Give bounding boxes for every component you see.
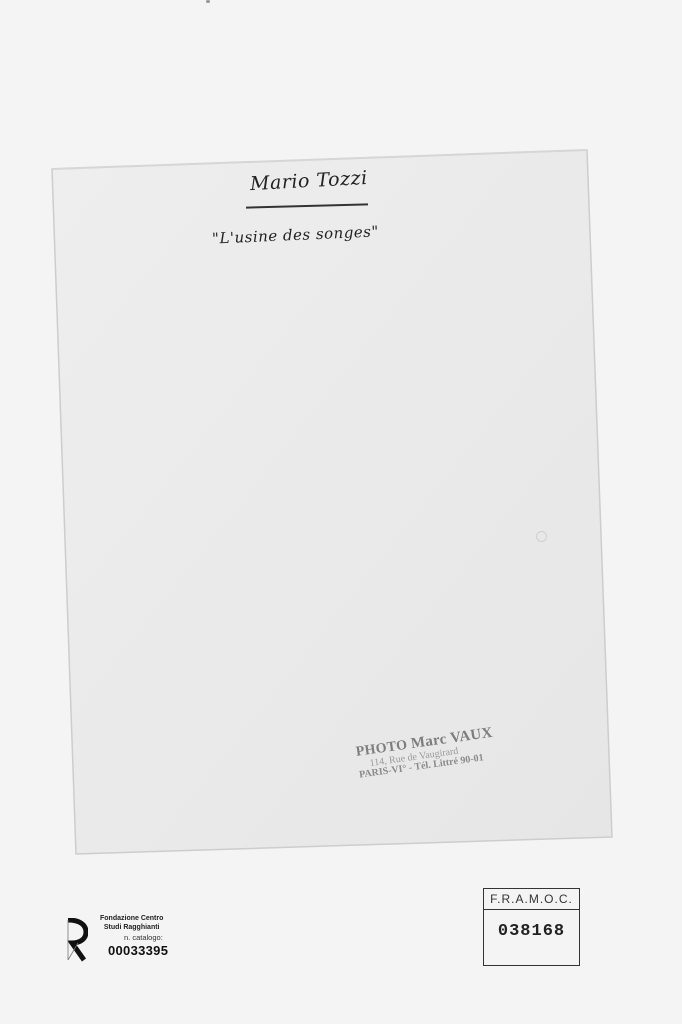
catalog-label: n. catalogo: [124,933,163,942]
foundation-name-line1: Fondazione Centro [100,914,163,923]
framoc-number: 038168 [484,922,579,941]
foundation-catalog-label: Fondazione Centro Studi Ragghianti n. ca… [66,912,176,964]
ragghianti-logo-icon [66,918,88,962]
foundation-name-line2: Studi Ragghianti [100,923,163,932]
small-mark [536,531,547,542]
framoc-header: F.R.A.M.O.C. [484,889,579,910]
photo-card [0,0,682,1024]
foundation-name: Fondazione Centro Studi Ragghianti [100,914,163,932]
framoc-box: F.R.A.M.O.C. 038168 [483,888,580,966]
catalog-number: 00033395 [108,943,168,958]
